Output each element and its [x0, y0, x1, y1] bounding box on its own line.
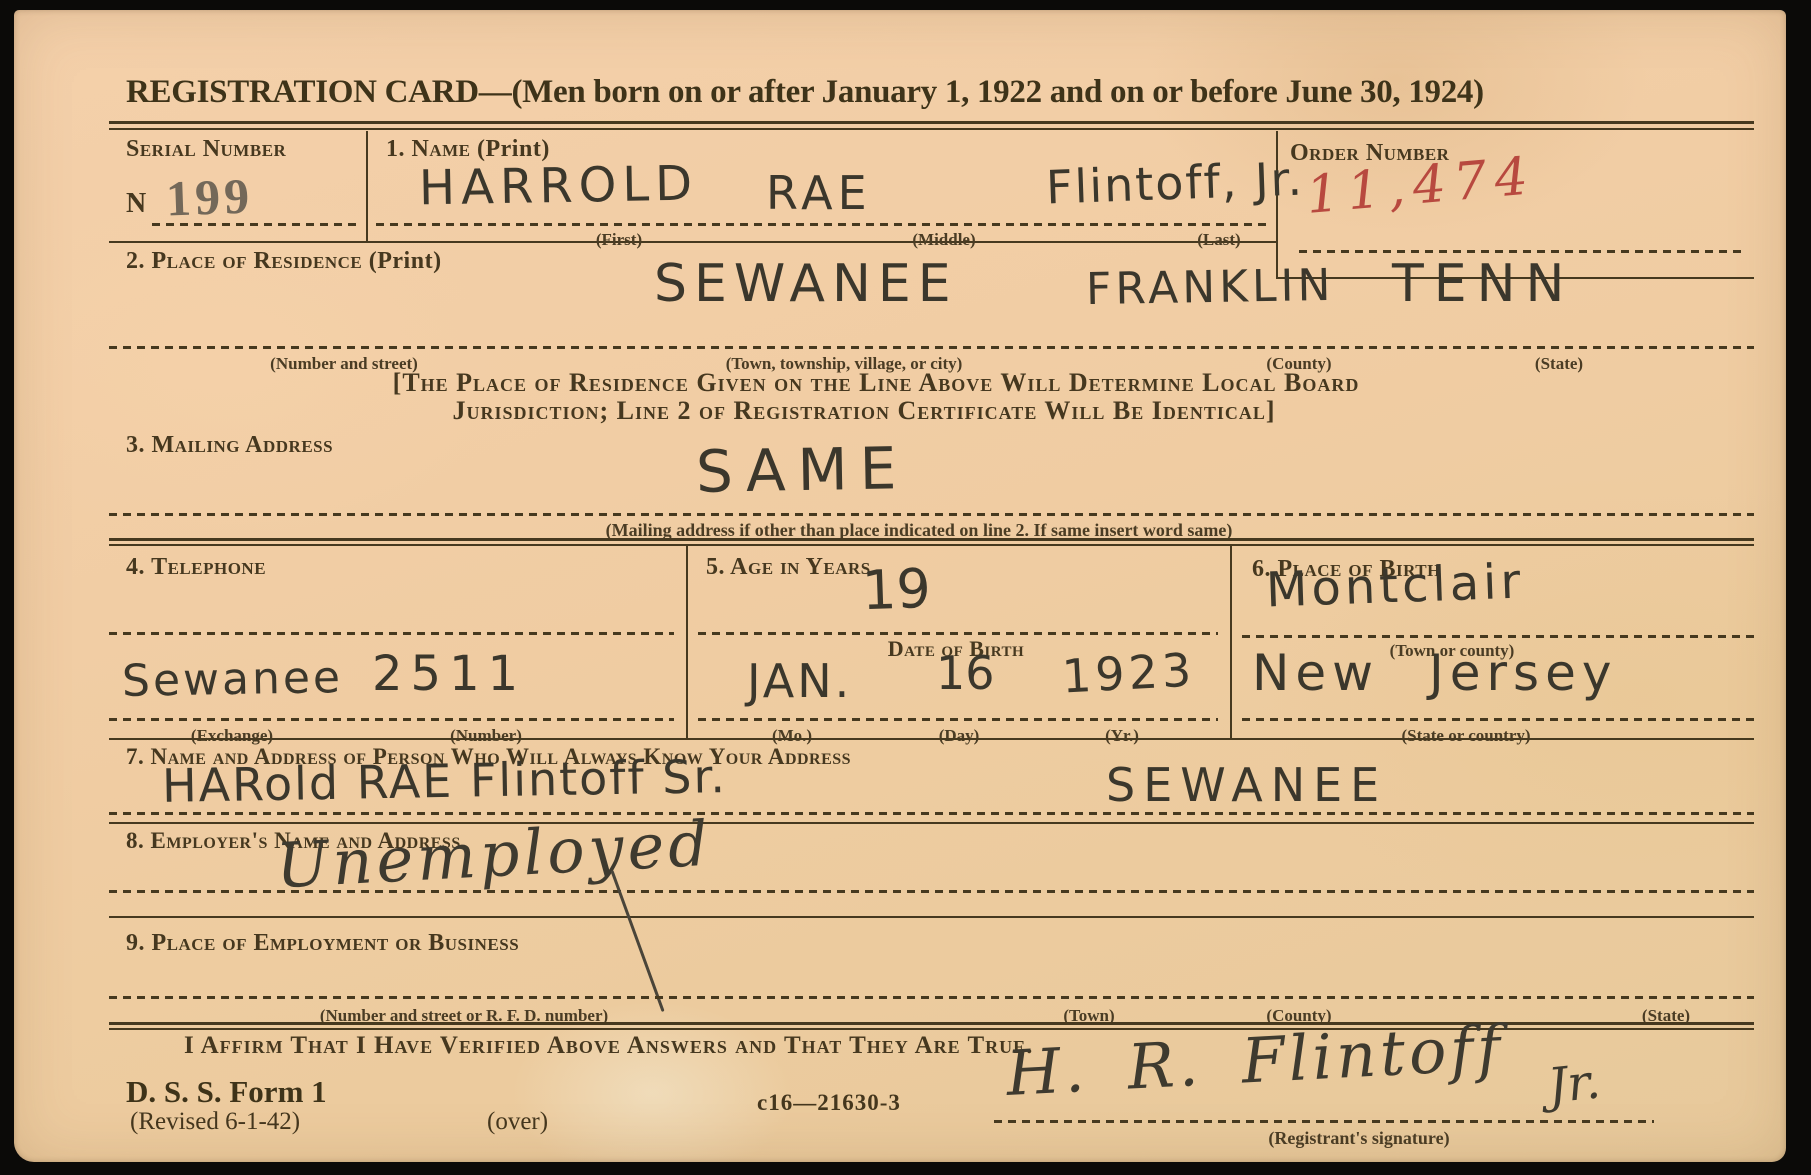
mailing-entry-line [109, 513, 1754, 516]
rule-row8-bottom [109, 916, 1754, 918]
birthplace-town-handwriting: Montclair [1265, 554, 1525, 619]
rule-row7-bottom [109, 822, 1754, 824]
name-sub-first: (First) [596, 230, 642, 250]
registrant-signature-suffix: Jr. [1545, 1053, 1603, 1114]
dob-sub-year: (Yr.) [1105, 726, 1139, 746]
serial-prefix: N [126, 188, 147, 220]
name-sub-last: (Last) [1197, 230, 1240, 250]
form-revised: (Revised 6-1-42) [130, 1108, 300, 1136]
mailing-label: 3. Mailing Address [126, 432, 333, 459]
dob-day-handwriting: 16 [936, 646, 995, 700]
rule-mailing-bottom-2 [109, 544, 1754, 546]
dob-sub-day: (Day) [939, 726, 980, 746]
age-label: 5. Age in Years [706, 554, 871, 581]
rule-mailing-bottom-1 [109, 538, 1754, 541]
rule-row456-bottom [109, 738, 1754, 740]
employment-entry-line [109, 996, 1754, 999]
employment-label: 9. Place of Employment or Business [126, 930, 519, 957]
signature-entry-line [994, 1120, 1654, 1123]
rule-row9-bottom-2 [109, 1028, 1754, 1030]
divider-serial-name [366, 131, 368, 241]
telephone-sub-number: (Number) [450, 726, 522, 746]
dob-sub-month: (Mo.) [772, 726, 812, 746]
birthplace-town-line [1242, 635, 1754, 638]
header-rule-bottom [109, 128, 1754, 130]
divider-age-birth [1230, 546, 1232, 738]
name-last-handwriting: Flintoff, Jr. [1045, 152, 1305, 215]
mailing-handwriting: SAME [695, 434, 908, 506]
dob-month-handwriting: JAN. [747, 654, 852, 708]
registration-card: REGISTRATION CARD—(Men born on or after … [14, 10, 1786, 1162]
telephone-sub-exchange: (Exchange) [191, 726, 273, 746]
residence-label: 2. Place of Residence (Print) [126, 248, 442, 275]
telephone-mid-line [109, 632, 674, 635]
birthplace-sub-state: (State or country) [1401, 726, 1530, 746]
serial-entry-line [152, 223, 362, 226]
signature-sub: (Registrant's signature) [1268, 1128, 1449, 1149]
jurisdiction-notice-line1: [The Place of Residence Given on the Lin… [393, 368, 1360, 398]
name-middle-handwriting: RAE [766, 166, 872, 220]
order-entry-line [1299, 250, 1747, 253]
over-note: (over) [487, 1108, 548, 1136]
serial-number-label: Serial Number [126, 136, 286, 163]
birthplace-state-line [1242, 718, 1754, 721]
form-print-code: c16—21630-3 [757, 1090, 901, 1116]
divider-telephone-age [686, 546, 688, 738]
name-sub-middle: (Middle) [912, 230, 975, 250]
serial-number-stamp: 199 [165, 166, 254, 227]
telephone-number-handwriting: 2511 [372, 646, 526, 702]
contact-name-handwriting: HARold RAE Flintoff Sr. [162, 749, 728, 813]
birthplace-state-handwriting: New Jersey [1252, 644, 1617, 702]
residence-sub-state: (State) [1535, 354, 1583, 374]
age-handwriting: 19 [861, 557, 932, 622]
jurisdiction-notice-line2: Jurisdiction; Line 2 of Registration Cer… [452, 396, 1275, 426]
name-first-handwriting: HARROLD [419, 156, 699, 217]
rule-row1-bottom [109, 241, 1276, 243]
form-number: D. S. S. Form 1 [126, 1074, 327, 1110]
contact-place-handwriting: SEWANEE [1106, 758, 1387, 812]
header-rule-top [109, 121, 1754, 124]
affirmation-text: I Affirm That I Have Verified Above Answ… [184, 1032, 1033, 1060]
contact-entry-line [109, 812, 1754, 815]
dob-year-handwriting: 1923 [1061, 643, 1197, 704]
rule-row9-bottom-1 [109, 1022, 1754, 1025]
telephone-entry-line [109, 718, 674, 721]
telephone-label: 4. Telephone [126, 554, 266, 581]
age-mid-line [698, 632, 1218, 635]
residence-state-handwriting: TENN [1392, 254, 1574, 314]
residence-label-paren: (Print) [369, 248, 442, 274]
residence-town-handwriting: SEWANEE [654, 254, 958, 314]
telephone-exchange-handwriting: Sewanee [122, 652, 344, 707]
card-title: REGISTRATION CARD—(Men born on or after … [126, 74, 1484, 111]
residence-entry-line [109, 346, 1754, 349]
name-entry-line [376, 223, 1270, 226]
residence-county-handwriting: FRANKLIN [1086, 260, 1335, 315]
employer-handwriting: Unemployed [274, 807, 713, 903]
employer-entry-line [109, 890, 1754, 893]
dob-entry-line [698, 718, 1218, 721]
